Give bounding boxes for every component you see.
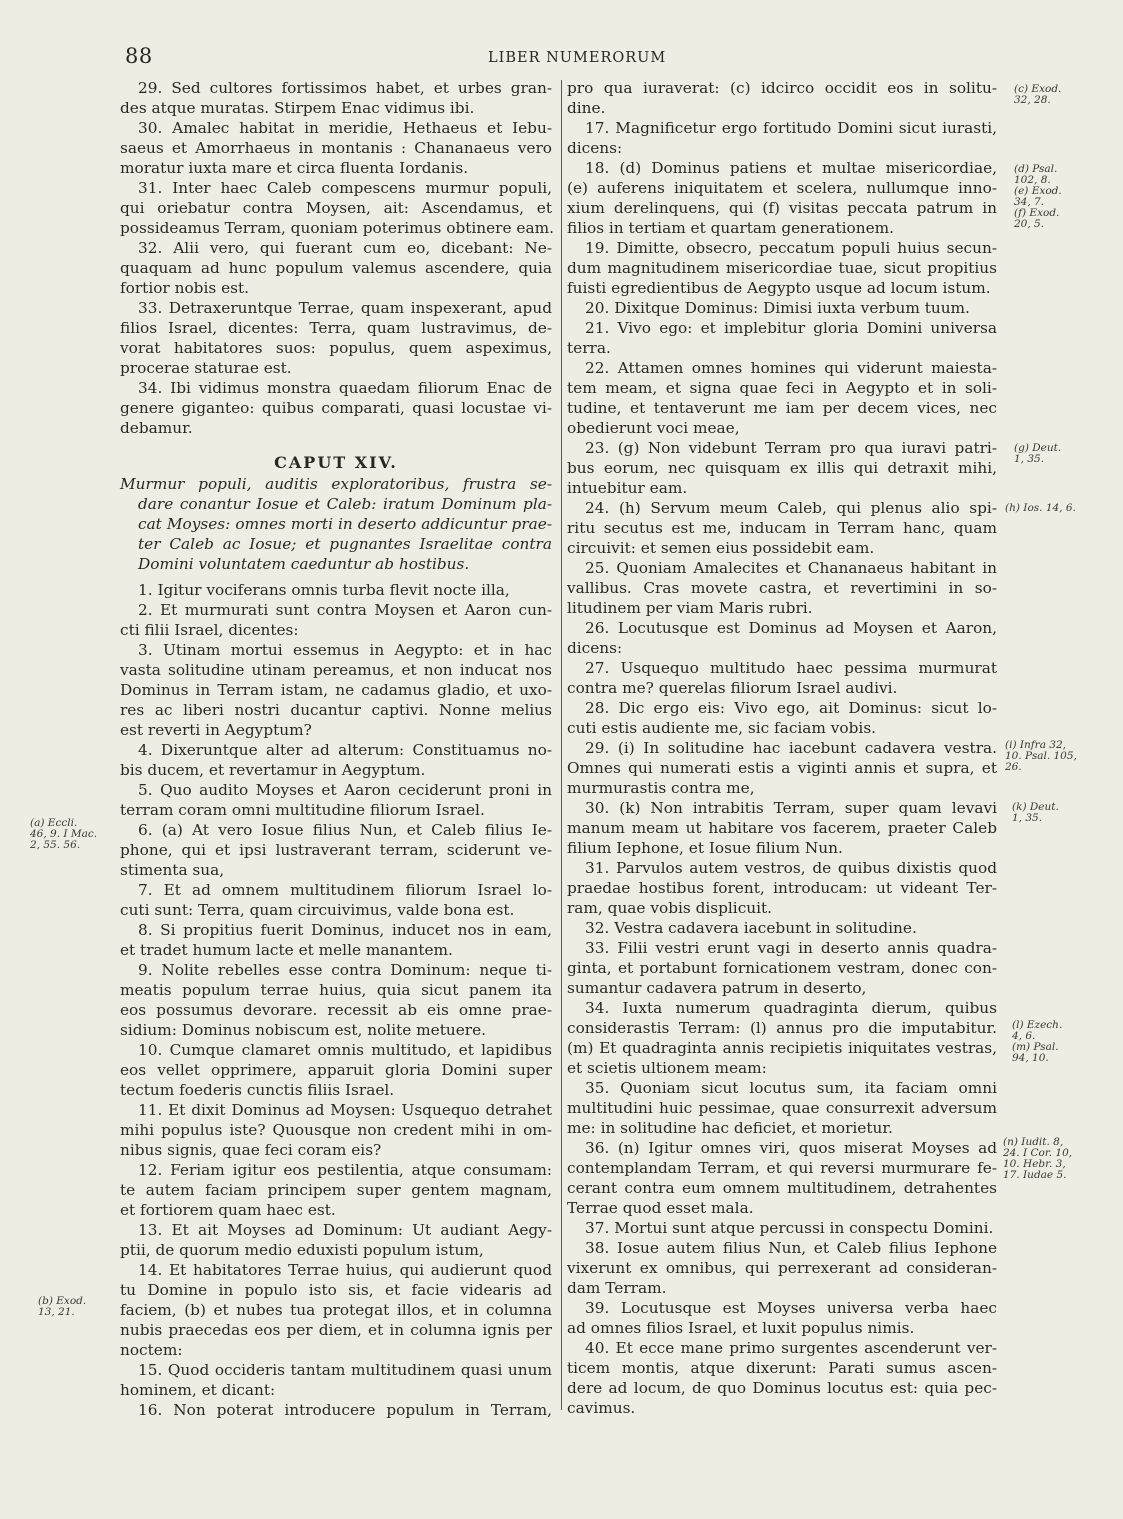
text-line: 18. (d) Dominus patiens et multae miseri… bbox=[567, 158, 997, 178]
text-line: des atque muratas. Stirpem Enac vidimus … bbox=[120, 98, 552, 118]
text-line: sidium: Dominus nobiscum est, nolite met… bbox=[120, 1020, 552, 1040]
book-page: 88 LIBER NUMERORUM 29. Sed cultores fort… bbox=[0, 0, 1123, 1519]
text-line: 32. Alii vero, qui fuerant cum eo, diceb… bbox=[120, 238, 552, 258]
text-line: obedierunt voci meae, bbox=[567, 418, 997, 438]
margin-note-line: 94, 10. bbox=[1012, 1053, 1062, 1064]
text-line: dam Terram. bbox=[567, 1278, 997, 1298]
text-line: tectum foederis cunctis filiis Israel. bbox=[120, 1080, 552, 1100]
text-line: considerastis Terram: (l) annus pro die … bbox=[567, 1018, 997, 1038]
text-line: 14. Et habitatores Terrae huius, qui aud… bbox=[120, 1260, 552, 1280]
text-line: dere ad locum, de quo Dominus locutus es… bbox=[567, 1378, 997, 1398]
text-line: me: in solitudine hac deficiet, et morie… bbox=[567, 1118, 997, 1138]
text-line: noctem: bbox=[120, 1340, 552, 1360]
text-line: 20. Dixitque Dominus: Dimisi iuxta verbu… bbox=[567, 298, 997, 318]
right-verses: pro qua iuraverat: (c) idcirco occidit e… bbox=[567, 78, 997, 1418]
margin-note-line: 26. bbox=[1005, 762, 1077, 773]
text-line: 22. Attamen omnes homines qui viderunt m… bbox=[567, 358, 997, 378]
text-line: praedae hostibus forent, introducam: ut … bbox=[567, 878, 997, 898]
text-line: sumantur cadavera patrum in deserto, bbox=[567, 978, 997, 998]
margin-note-line: 20, 5. bbox=[1014, 219, 1062, 230]
left-column: 29. Sed cultores fortissimos habet, et u… bbox=[120, 78, 552, 1420]
margin-note-h: (h) Ios. 14, 6. bbox=[1005, 503, 1076, 514]
margin-note-n: (n) Iudit. 8,24. I Cor. 10,10. Hebr. 3,1… bbox=[1003, 1137, 1072, 1181]
text-line: 30. (k) Non intrabitis Terram, super qua… bbox=[567, 798, 997, 818]
text-line: terra. bbox=[567, 338, 997, 358]
text-line: 34. Ibi vidimus monstra quaedam filiorum… bbox=[120, 378, 552, 398]
text-line: possideamus Terram, quoniam poterimus ob… bbox=[120, 218, 552, 238]
text-line: Murmur populi, auditis exploratoribus, f… bbox=[120, 474, 552, 494]
text-line: cavimus. bbox=[567, 1398, 997, 1418]
text-line: procerae staturae est. bbox=[120, 358, 552, 378]
text-line: est reverti in Aegyptum? bbox=[120, 720, 552, 740]
text-line: bus eorum, nec quisquam ex illis qui det… bbox=[567, 458, 997, 478]
text-line: Terrae quod esset mala. bbox=[567, 1198, 997, 1218]
text-line: 3. Utinam mortui essemus in Aegypto: et … bbox=[120, 640, 552, 660]
chapter-title: CAPUT XIV. bbox=[120, 444, 552, 474]
left-verses-before-chapter: 29. Sed cultores fortissimos habet, et u… bbox=[120, 78, 552, 438]
text-line: et scietis ultionem meam: bbox=[567, 1058, 997, 1078]
text-line: 15. Quod occideris tantam multitudinem q… bbox=[120, 1360, 552, 1380]
text-line: fortior nobis est. bbox=[120, 278, 552, 298]
text-line: 17. Magnificetur ergo fortitudo Domini s… bbox=[567, 118, 997, 138]
text-line: debamur. bbox=[120, 418, 552, 438]
text-line: murmurastis contra me, bbox=[567, 778, 997, 798]
text-line: 34. Iuxta numerum quadraginta dierum, qu… bbox=[567, 998, 997, 1018]
text-line: stimenta sua, bbox=[120, 860, 552, 880]
margin-note-b: (b) Exod.13, 21. bbox=[38, 1296, 86, 1318]
text-line: faciem, (b) et nubes tua protegat illos,… bbox=[120, 1300, 552, 1320]
text-line: eos vellet opprimere, apparuit gloria Do… bbox=[120, 1060, 552, 1080]
text-line: quaquam ad hunc populum valemus ascender… bbox=[120, 258, 552, 278]
text-line: cuti estis audiente me, sic faciam vobis… bbox=[567, 718, 997, 738]
text-line: (m) Et quadraginta annis recipietis iniq… bbox=[567, 1038, 997, 1058]
text-line: bis ducem, et revertamur in Aegyptum. bbox=[120, 760, 552, 780]
text-line: ter Caleb ac Iosue; et pugnantes Israeli… bbox=[120, 534, 552, 554]
chapter-summary: Murmur populi, auditis exploratoribus, f… bbox=[120, 474, 552, 574]
text-line: 32. Vestra cadavera iacebunt in solitudi… bbox=[567, 918, 997, 938]
text-line: 30. Amalec habitat in meridie, Hethaeus … bbox=[120, 118, 552, 138]
text-line: 25. Quoniam Amalecites et Chananaeus hab… bbox=[567, 558, 997, 578]
text-line: 40. Et ecce mane primo surgentes ascende… bbox=[567, 1338, 997, 1358]
text-line: genere giganteo: quibus comparati, quasi… bbox=[120, 398, 552, 418]
text-line: cerant contra eum omnem multitudinem, de… bbox=[567, 1178, 997, 1198]
margin-note-g: (g) Deut.1, 35. bbox=[1014, 443, 1061, 465]
text-line: filium Iephone, et Iosue filium Nun. bbox=[567, 838, 997, 858]
text-line: nubis praecedas eos per diem, et in colu… bbox=[120, 1320, 552, 1340]
margin-note-line: 2, 55. 56. bbox=[30, 840, 97, 851]
text-line: 7. Et ad omnem multitudinem filiorum Isr… bbox=[120, 880, 552, 900]
text-line: 2. Et murmurati sunt contra Moysen et Aa… bbox=[120, 600, 552, 620]
margin-note-d-e-f: (d) Psal.102, 8.(e) Exod.34, 7.(f) Exod.… bbox=[1014, 164, 1062, 230]
text-line: 4. Dixeruntque alter ad alterum: Constit… bbox=[120, 740, 552, 760]
text-line: eos possumus devorare. recessit ab eis o… bbox=[120, 1000, 552, 1020]
text-line: 24. (h) Servum meum Caleb, qui plenus al… bbox=[567, 498, 997, 518]
text-line: 29. Sed cultores fortissimos habet, et u… bbox=[120, 78, 552, 98]
text-line: fuisti egredientibus de Aegypto usque ad… bbox=[567, 278, 997, 298]
text-line: dine. bbox=[567, 98, 997, 118]
margin-note-c: (c) Exod.32, 28. bbox=[1014, 84, 1061, 106]
text-line: filios in tertiam et quartam generatione… bbox=[567, 218, 997, 238]
text-line: mihi populus iste? Quousque non credent … bbox=[120, 1120, 552, 1140]
text-line: contra me? querelas filiorum Israel audi… bbox=[567, 678, 997, 698]
text-line: litudinem per viam Maris rubri. bbox=[567, 598, 997, 618]
text-line: 10. Cumque clamaret omnis multitudo, et … bbox=[120, 1040, 552, 1060]
text-line: cuti sunt: Terra, quam circuivimus, vald… bbox=[120, 900, 552, 920]
text-line: 19. Dimitte, obsecro, peccatum populi hu… bbox=[567, 238, 997, 258]
text-line: 6. (a) At vero Iosue filius Nun, et Cale… bbox=[120, 820, 552, 840]
text-line: ad omnes filios Israel, et luxit populus… bbox=[567, 1318, 997, 1338]
text-line: manum meam ut habitare vos facerem, prae… bbox=[567, 818, 997, 838]
text-line: qui oriebatur contra Moysen, ait: Ascend… bbox=[120, 198, 552, 218]
text-line: filios Israel, dicentes: Terra, quam lus… bbox=[120, 318, 552, 338]
margin-note-l-m: (l) Ezech.4, 6.(m) Psal.94, 10. bbox=[1012, 1020, 1062, 1064]
margin-note-line: 32, 28. bbox=[1014, 95, 1061, 106]
text-line: ginta, et portabunt fornicationem vestra… bbox=[567, 958, 997, 978]
text-line: 29. (i) In solitudine hac iacebunt cadav… bbox=[567, 738, 997, 758]
text-line: 35. Quoniam sicut locutus sum, ita facia… bbox=[567, 1078, 997, 1098]
margin-note-line: 13, 21. bbox=[38, 1307, 86, 1318]
text-line: 33. Filii vestri erunt vagi in deserto a… bbox=[567, 938, 997, 958]
text-line: Dominus in Terram istam, ne cadamus glad… bbox=[120, 680, 552, 700]
running-head: LIBER NUMERORUM bbox=[488, 50, 666, 66]
text-line: meatis populum terrae huius, quia sicut … bbox=[120, 980, 552, 1000]
margin-note-k: (k) Deut.1, 35. bbox=[1012, 802, 1059, 824]
text-line: pro qua iuraverat: (c) idcirco occidit e… bbox=[567, 78, 997, 98]
margin-note-line: 1, 35. bbox=[1012, 813, 1059, 824]
text-line: vasta solitudine utinam pereamus, et non… bbox=[120, 660, 552, 680]
text-line: vixerunt ex omnibus, qui perrexerant ad … bbox=[567, 1258, 997, 1278]
text-line: 13. Et ait Moyses ad Dominum: Ut audiant… bbox=[120, 1220, 552, 1240]
page-number: 88 bbox=[125, 44, 153, 68]
text-line: xium derelinquens, qui (f) visitas pecca… bbox=[567, 198, 997, 218]
text-line: cti filii Israel, dicentes: bbox=[120, 620, 552, 640]
text-line: (e) auferens iniquitatem et scelera, nul… bbox=[567, 178, 997, 198]
text-line: moratur iuxta mare et circa fluenta Iord… bbox=[120, 158, 552, 178]
text-line: te autem faciam principem super gentem m… bbox=[120, 1180, 552, 1200]
text-line: vorat habitatores suos: populus, quem as… bbox=[120, 338, 552, 358]
text-line: 33. Detraxeruntque Terrae, quam inspexer… bbox=[120, 298, 552, 318]
text-line: cat Moyses: omnes morti in deserto addic… bbox=[120, 514, 552, 534]
margin-note-line: 17. Iudae 5. bbox=[1003, 1170, 1072, 1181]
text-line: dare conantur Iosue et Caleb: iratum Dom… bbox=[120, 494, 552, 514]
text-line: ticem montis, atque dixerunt: Parati sum… bbox=[567, 1358, 997, 1378]
text-line: tem meam, et signa quae feci in Aegypto … bbox=[567, 378, 997, 398]
text-line: 36. (n) Igitur omnes viri, quos miserat … bbox=[567, 1138, 997, 1158]
text-line: hominem, et dicant: bbox=[120, 1380, 552, 1400]
text-line: 16. Non poterat introducere populum in T… bbox=[120, 1400, 552, 1420]
left-verses-after-chapter: 1. Igitur vociferans omnis turba flevit … bbox=[120, 580, 552, 1420]
text-line: tudine, et tentaverunt me iam per decem … bbox=[567, 398, 997, 418]
text-line: dum magnitudinem misericordiae tuae, sic… bbox=[567, 258, 997, 278]
text-line: circuivit: et semen eius possidebit eam. bbox=[567, 538, 997, 558]
text-line: vallibus. Cras movete castra, et reverti… bbox=[567, 578, 997, 598]
text-line: 38. Iosue autem filius Nun, et Caleb fil… bbox=[567, 1238, 997, 1258]
text-line: multitudini huic pessimae, quae consurre… bbox=[567, 1098, 997, 1118]
text-line: 9. Nolite rebelles esse contra Dominum: … bbox=[120, 960, 552, 980]
text-line: saeus et Amorrhaeus in montanis : Chanan… bbox=[120, 138, 552, 158]
text-line: 8. Si propitius fuerit Dominus, inducet … bbox=[120, 920, 552, 940]
text-line: dicens: bbox=[567, 638, 997, 658]
text-line: 23. (g) Non videbunt Terram pro qua iura… bbox=[567, 438, 997, 458]
text-line: ritu secutus est me, inducam in Terram h… bbox=[567, 518, 997, 538]
text-line: 31. Inter haec Caleb compescens murmur p… bbox=[120, 178, 552, 198]
text-line: res ac liberi nostri ducantur captivi. N… bbox=[120, 700, 552, 720]
text-line: 31. Parvulos autem vestros, de quibus di… bbox=[567, 858, 997, 878]
text-line: 37. Mortui sunt atque percussi in conspe… bbox=[567, 1218, 997, 1238]
text-line: Domini voluntatem caeduntur ab hostibus. bbox=[120, 554, 552, 574]
text-line: et tradet humum lacte et melle manantem. bbox=[120, 940, 552, 960]
text-line: dicens: bbox=[567, 138, 997, 158]
text-line: tu Domine in populo isto sis, et facie v… bbox=[120, 1280, 552, 1300]
text-line: Omnes qui numerati estis a viginti annis… bbox=[567, 758, 997, 778]
margin-note-i: (i) Infra 32,10. Psal. 105,26. bbox=[1005, 740, 1077, 773]
column-divider bbox=[561, 80, 562, 1410]
right-column: pro qua iuraverat: (c) idcirco occidit e… bbox=[567, 78, 997, 1418]
text-line: et fortiorem quam haec est. bbox=[120, 1200, 552, 1220]
margin-note-a: (a) Eccli.46, 9. I Mac.2, 55. 56. bbox=[30, 818, 97, 851]
margin-note-line: 1, 35. bbox=[1014, 454, 1061, 465]
text-line: 21. Vivo ego: et implebitur gloria Domin… bbox=[567, 318, 997, 338]
margin-note-line: (h) Ios. 14, 6. bbox=[1005, 503, 1076, 514]
text-line: 5. Quo audito Moyses et Aaron ceciderunt… bbox=[120, 780, 552, 800]
text-line: 39. Locutusque est Moyses universa verba… bbox=[567, 1298, 997, 1318]
text-line: 27. Usquequo multitudo haec pessima murm… bbox=[567, 658, 997, 678]
text-line: contemplandam Terram, et qui reversi mur… bbox=[567, 1158, 997, 1178]
text-line: 11. Et dixit Dominus ad Moysen: Usquequo… bbox=[120, 1100, 552, 1120]
text-line: nibus signis, quae feci coram eis? bbox=[120, 1140, 552, 1160]
text-line: intuebitur eam. bbox=[567, 478, 997, 498]
text-line: ram, quae vobis displicuit. bbox=[567, 898, 997, 918]
text-line: 26. Locutusque est Dominus ad Moysen et … bbox=[567, 618, 997, 638]
text-line: 28. Dic ergo eis: Vivo ego, ait Dominus:… bbox=[567, 698, 997, 718]
text-line: ptii, de quorum medio eduxisti populum i… bbox=[120, 1240, 552, 1260]
text-line: 1. Igitur vociferans omnis turba flevit … bbox=[120, 580, 552, 600]
text-line: terram coram omni multitudine filiorum I… bbox=[120, 800, 552, 820]
text-line: phone, qui et ipsi lustraverant terram, … bbox=[120, 840, 552, 860]
text-line: 12. Feriam igitur eos pestilentia, atque… bbox=[120, 1160, 552, 1180]
